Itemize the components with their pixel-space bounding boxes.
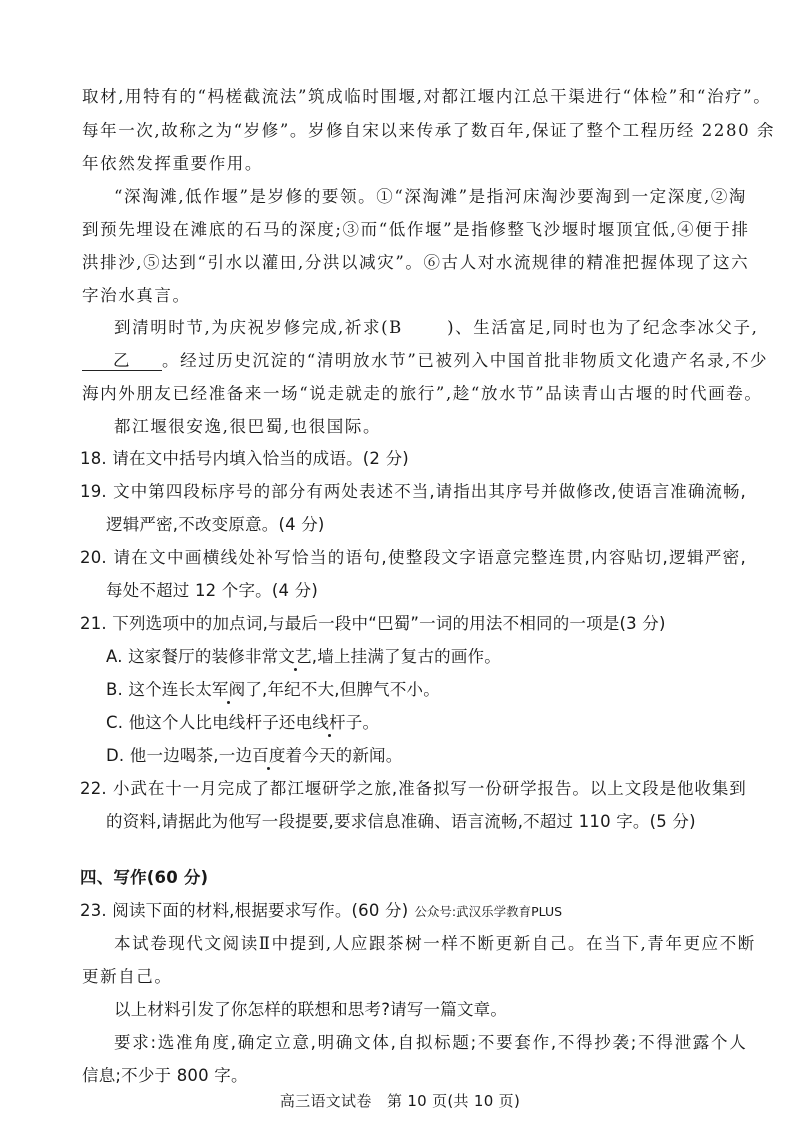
question-22-line1: 22. 小武在十一月完成了都江堰研学之旅,准备拟写一份研学报告。以上文段是他收集… [80,778,746,800]
p3-line2-text: 。经过历史沉淀的“清明放水节”已被列入中国首批非物质文化遗产名录,不少 [162,351,768,370]
question-20-line2: 每处不超过 12 个字。(4 分) [106,580,770,602]
question-18: 18. 请在文中括号内填入恰当的成语。(2 分) [80,448,744,470]
passage-p3-line1: 到清明时节,为庆祝岁修完成,祈求(B)、生活富足,同时也为了纪念李冰父子, [114,317,746,339]
option-d-post: 着今天的新闻。 [286,746,403,765]
passage-p2-line3: 洪排沙,⑤达到“引水以灌田,分洪以减灾”。⑥古人对水流规律的精准把握体现了这六 [82,252,746,274]
passage-p3-line3: 海内外朋友已经准备来一场“说走就走的旅行”,趁“放水节”品读青山古堰的时代画卷。 [82,383,746,405]
exam-page: 取材,用特有的“杩槎截流法”筑成临时围堰,对都江堰内江总干渠进行“体检”和“治疗… [0,0,800,1137]
question-20-line1: 20. 请在文中画横线处补写恰当的语句,使整段文字语意完整连贯,内容贴切,逻辑严… [80,547,746,569]
q21-option-c: C. 他这个人比电线杆子还电线杆子。 [106,712,770,734]
passage-p1-line3: 年依然发挥重要作用。 [82,153,746,175]
blank-b-answer: B [389,317,447,339]
p3-text-before: 到清明时节,为庆祝岁修完成,祈求( [114,318,389,337]
passage-p2-line4: 字治水真言。 [82,285,746,307]
option-a-pre: A. 这家餐厅的装修非常 [106,647,278,666]
option-d-dotted-word: 百度 [252,746,285,765]
q21-option-d: D. 他一边喝茶,一边百度着今天的新闻。 [106,745,770,767]
option-c-post: 。 [362,713,379,732]
p3-text-after: )、生活富足,同时也为了纪念李冰父子, [447,318,758,337]
passage-p2-line2: 到预先埋设在滩底的石马的深度;③而“低作堰”是指修整飞沙堰时堰顶宜低,④便于排 [82,219,746,241]
material-line2: 更新自己。 [82,966,746,988]
question-23: 23. 阅读下面的材料,根据要求写作。(60 分)公众号:武汉乐学教育PLUS [80,900,744,923]
option-b-dotted-word: 军阀 [212,680,245,699]
q21-option-b: B. 这个连长太军阀了,年纪不大,但脾气不小。 [106,679,770,701]
passage-p4: 都江堰很安逸,很巴蜀,也很国际。 [114,416,778,438]
material-line1: 本试卷现代文阅读Ⅱ中提到,人应跟茶树一样不断更新自己。在当下,青年更应不断 [114,933,746,955]
option-b-post: 了,年纪不大,但脾气不小。 [245,680,440,699]
question-21: 21. 下列选项中的加点词,与最后一段中“巴蜀”一词的用法不相同的一项是(3 分… [80,613,744,635]
question-19-line1: 19. 文中第四段标序号的部分有两处表述不当,请指出其序号并做修改,使语言准确流… [80,481,746,503]
passage-p2-line1: “深淘滩,低作堰”是岁修的要领。①“深淘滩”是指河床淘沙要淘到一定深度,②淘 [114,186,746,208]
passage-p1-line2: 每年一次,故称之为“岁修”。岁修自宋以来传承了数百年,保证了整个工程历经 228… [82,120,746,142]
requirements-line2: 信息;不少于 800 字。 [82,1065,746,1087]
option-b-pre: B. 这个连长太 [106,680,212,699]
option-d-pre: D. 他一边喝茶,一边 [106,746,252,765]
q21-option-a: A. 这家餐厅的装修非常文艺,墙上挂满了复古的画作。 [106,646,770,668]
passage-p3-line2: 乙。经过历史沉淀的“清明放水节”已被列入中国首批非物质文化遗产名录,不少 [82,350,746,372]
blank-yi: 乙 [82,352,162,371]
section-title-writing: 四、写作(60 分) [80,867,744,889]
option-a-dotted-word: 文艺 [278,647,311,666]
page-footer: 高三语文试卷 第 10 页(共 10 页) [0,1090,800,1111]
watermark-text: 公众号:武汉乐学教育PLUS [414,904,562,919]
option-a-post: ,墙上挂满了复古的画作。 [312,647,501,666]
passage-p1-line1: 取材,用特有的“杩槎截流法”筑成临时围堰,对都江堰内江总干渠进行“体检”和“治疗… [82,86,746,108]
option-c-dotted-word: 电线杆子 [296,713,363,732]
question-19-line2: 逻辑严密,不改变原意。(4 分) [106,514,770,536]
question-22-line2: 的资料,请据此为他写一段提要,要求信息准确、语言流畅,不超过 110 字。(5 … [106,811,770,833]
requirements-line1: 要求:选准角度,确定立意,明确文体,自拟标题;不要套作,不得抄袭;不得泄露个人 [114,1032,746,1054]
option-c-pre: C. 他这个人比电线杆子还 [106,713,296,732]
question-23-text: 23. 阅读下面的材料,根据要求写作。(60 分) [80,901,408,920]
writing-prompt: 以上材料引发了你怎样的联想和思考?请写一篇文章。 [114,999,778,1021]
